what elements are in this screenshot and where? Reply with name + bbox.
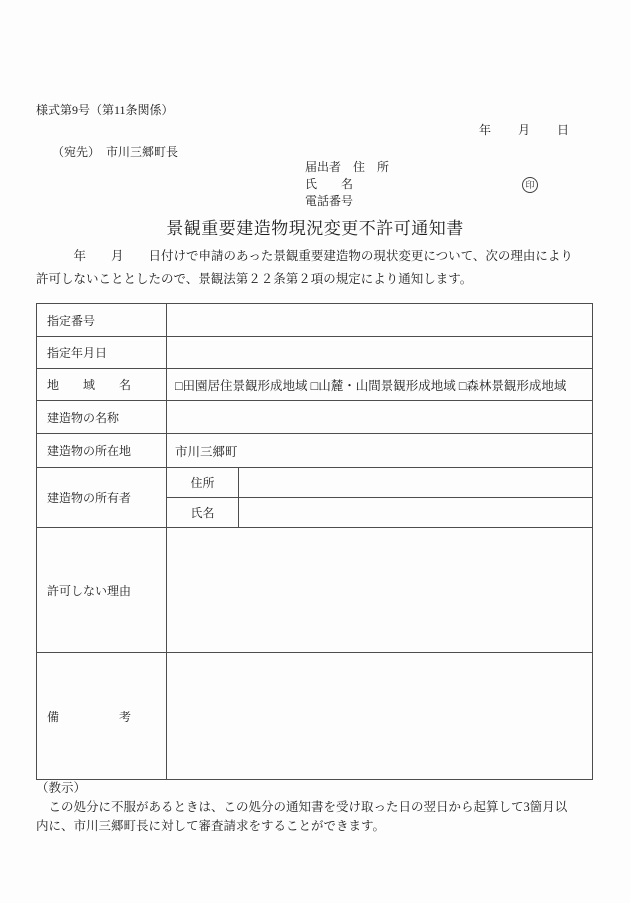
table-row: 備 考 <box>37 653 593 780</box>
field-label-area-name: 地 域 名 <box>37 369 167 401</box>
field-label-remarks: 備 考 <box>37 653 167 780</box>
field-value-designation-date <box>167 337 593 369</box>
body-line-1: 年 月 日付けで申請のあった景観重要建造物の現状変更について、次の理由により <box>36 245 598 268</box>
table-row: 指定番号 <box>37 304 593 337</box>
document-page: 様式第9号（第11条関係） 年 月 日 （宛先） 市川三郷町長 届出者 住 所 … <box>0 0 630 903</box>
notice-block: （教示） この処分に不服があるときは、この処分の通知書を受け取った日の翌日から起… <box>36 779 598 836</box>
field-label-building-owner: 建造物の所有者 <box>37 468 167 528</box>
field-value-building-location: 市川三郷町 <box>167 434 593 468</box>
field-value-building-name <box>167 401 593 434</box>
field-label-refusal-reason: 許可しない理由 <box>37 528 167 653</box>
body-paragraph: 年 月 日付けで申請のあった景観重要建造物の現状変更について、次の理由により 許… <box>36 245 598 291</box>
notice-line-1: この処分に不服があるときは、この処分の通知書を受け取った日の翌日から起算して3箇… <box>36 798 598 817</box>
field-value-refusal-reason <box>167 528 593 653</box>
field-label-building-name: 建造物の名称 <box>37 401 167 434</box>
body-line-2: 許可しないこととしたので、景観法第２２条第２項の規定により通知します。 <box>36 268 598 291</box>
declarant-block: 届出者 住 所 氏 名 電話番号 <box>305 159 389 210</box>
field-value-owner-address <box>239 468 593 498</box>
form-table: 指定番号 指定年月日 地 域 名 □田園居住景観形成地域 □山麓・山間景観形成地… <box>36 303 593 780</box>
table-row: 許可しない理由 <box>37 528 593 653</box>
field-value-owner-name <box>239 498 593 528</box>
field-label-designation-date: 指定年月日 <box>37 337 167 369</box>
field-value-area-name-checkboxes: □田園居住景観形成地域 □山麓・山間景観形成地域 □森林景観形成地域 <box>167 369 593 401</box>
form-number: 様式第9号（第11条関係） <box>36 101 174 118</box>
table-row: 地 域 名 □田園居住景観形成地域 □山麓・山間景観形成地域 □森林景観形成地域 <box>37 369 593 401</box>
table-row: 建造物の名称 <box>37 401 593 434</box>
notice-line-2: 内に、市川三郷町長に対して審査請求をすることができます。 <box>36 817 598 836</box>
field-value-remarks <box>167 653 593 780</box>
date-line: 年 月 日 <box>479 121 570 138</box>
declarant-name-line: 氏 名 <box>305 176 389 193</box>
seal-stamp-icon: 印 <box>522 177 538 193</box>
field-label-building-location: 建造物の所在地 <box>37 434 167 468</box>
addressee: （宛先） 市川三郷町長 <box>52 143 178 160</box>
field-label-owner-name: 氏名 <box>167 498 239 528</box>
table-row: 建造物の所在地 市川三郷町 <box>37 434 593 468</box>
field-label-owner-address: 住所 <box>167 468 239 498</box>
notice-heading: （教示） <box>36 779 598 798</box>
document-title: 景観重要建造物現況変更不許可通知書 <box>0 214 630 239</box>
table-row: 建造物の所有者 住所 <box>37 468 593 498</box>
declarant-phone-line: 電話番号 <box>305 193 389 210</box>
declarant-address-line: 届出者 住 所 <box>305 159 389 176</box>
field-value-designation-number <box>167 304 593 337</box>
seal-character: 印 <box>525 181 534 190</box>
field-label-designation-number: 指定番号 <box>37 304 167 337</box>
table-row: 指定年月日 <box>37 337 593 369</box>
